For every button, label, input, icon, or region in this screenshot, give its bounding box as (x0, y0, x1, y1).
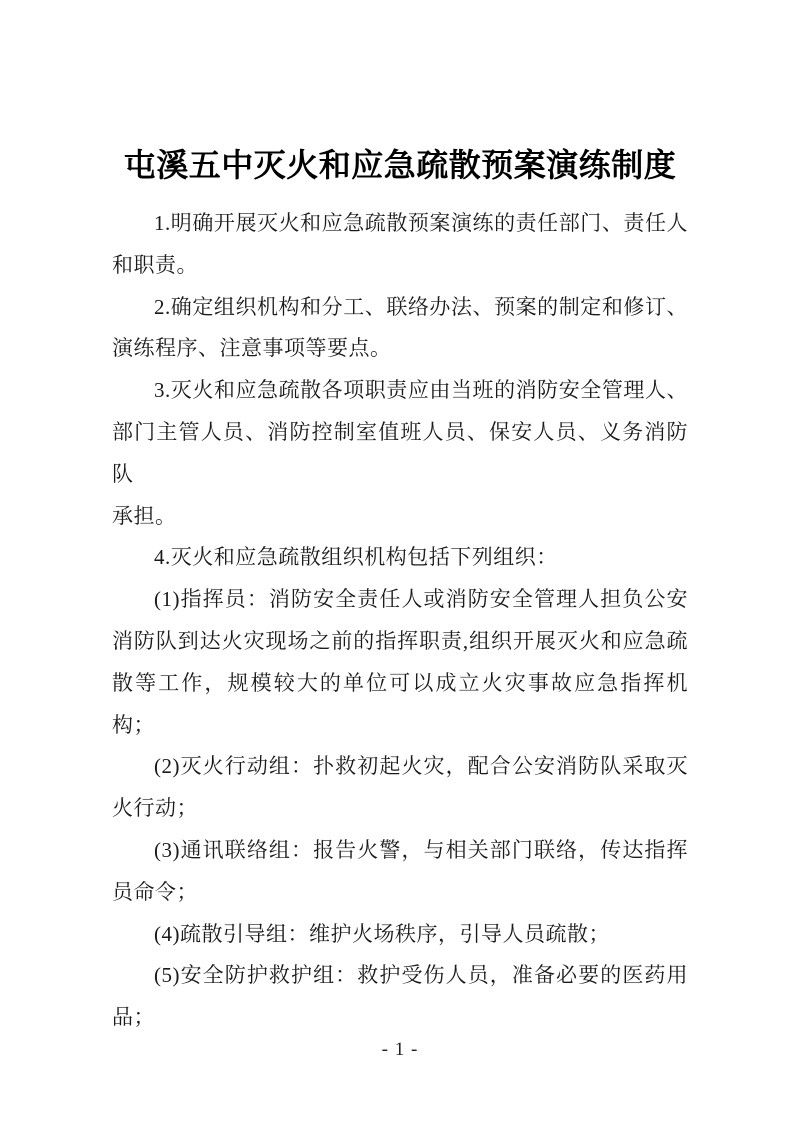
text-line: 1.明确开展灭火和应急疏散预案演练的责任部门、责任人 (112, 203, 688, 245)
text-line: 员命令； (112, 872, 688, 914)
text-line: 承担。 (112, 496, 688, 538)
text-line: (4)疏散引导组：维护火场秩序，引导人员疏散； (112, 914, 688, 956)
text-line: 2.确定组织机构和分工、联络办法、预案的制定和修订、 (112, 287, 688, 329)
text-line: (5)安全防护救护组：救护受伤人员，准备必要的医药用 (112, 955, 688, 997)
document-page: 屯溪五中灭火和应急疏散预案演练制度 1.明确开展灭火和应急疏散预案演练的责任部门… (0, 0, 800, 1132)
text-line: 4.灭火和应急疏散组织机构包括下列组织： (112, 537, 688, 579)
document-body: 1.明确开展灭火和应急疏散预案演练的责任部门、责任人和职责。2.确定组织机构和分… (0, 203, 800, 1039)
text-line: 和职责。 (112, 245, 688, 287)
text-line: 散等工作，规模较大的单位可以成立火灾事故应急指挥机构； (112, 663, 688, 747)
text-line: 火行动； (112, 788, 688, 830)
text-line: (2)灭火行动组：扑救初起火灾，配合公安消防队采取灭 (112, 746, 688, 788)
text-line: 演练程序、注意事项等要点。 (112, 328, 688, 370)
text-line: 部门主管人员、消防控制室值班人员、保安人员、义务消防队 (112, 412, 688, 496)
text-line: 消防队到达火灾现场之前的指挥职责,组织开展灭火和应急疏 (112, 621, 688, 663)
text-line: 3.灭火和应急疏散各项职责应由当班的消防安全管理人、 (112, 370, 688, 412)
text-line: (1)指挥员：消防安全责任人或消防安全管理人担负公安 (112, 579, 688, 621)
document-title: 屯溪五中灭火和应急疏散预案演练制度 (0, 0, 800, 187)
text-line: 品； (112, 997, 688, 1039)
text-line: (3)通讯联络组：报告火警，与相关部门联络，传达指挥 (112, 830, 688, 872)
page-number: - 1 - (0, 1038, 800, 1062)
